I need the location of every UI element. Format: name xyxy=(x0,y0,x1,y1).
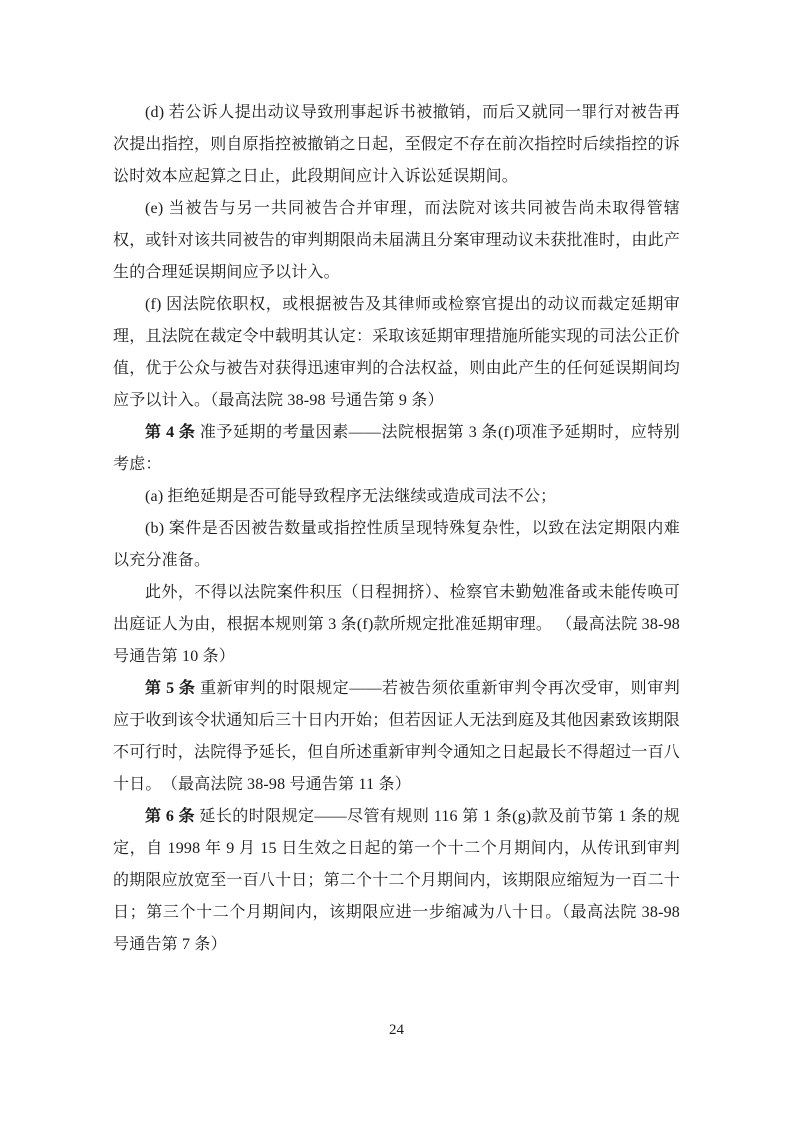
page-number: 24 xyxy=(0,1020,793,1040)
paragraph-additional-rule: 此外，不得以法院案件积压（日程拥挤）、检察官未勤勉准备或未能传唤可出庭证人为由，… xyxy=(113,577,680,673)
document-body: (d) 若公诉人提出动议导致刑事起诉书被撤销，而后又就同一罪行对被告再次提出指控… xyxy=(113,97,680,961)
document-page: (d) 若公诉人提出动议导致刑事起诉书被撤销，而后又就同一罪行对被告再次提出指控… xyxy=(0,0,793,1122)
paragraph-text: (e) 当被告与另一共同被告合并审理，而法院对该共同被告尚未取得管辖权，或针对该… xyxy=(113,200,680,281)
paragraph-item-a: (a) 拒绝延期是否可能导致程序无法继续或造成司法不公； xyxy=(113,481,680,513)
article-label: 第 5 条 xyxy=(145,680,200,697)
paragraph-item-f: (f) 因法院依职权，或根据被告及其律师或检察官提出的动议而裁定延期审理，且法院… xyxy=(113,289,680,417)
article-label: 第 6 条 xyxy=(145,808,199,825)
paragraph-text: (f) 因法院依职权，或根据被告及其律师或检察官提出的动议而裁定延期审理，且法院… xyxy=(113,296,680,409)
paragraph-text: 延长的时限规定——尽管有规则 116 第 1 条(g)款及前节第 1 条的规定，… xyxy=(113,808,680,953)
paragraph-item-e: (e) 当被告与另一共同被告合并审理，而法院对该共同被告尚未取得管辖权，或针对该… xyxy=(113,193,680,289)
paragraph-text: (b) 案件是否因被告数量或指控性质呈现特殊复杂性，以致在法定期限内难以充分准备… xyxy=(113,520,680,569)
paragraph-article-6: 第 6 条 延长的时限规定——尽管有规则 116 第 1 条(g)款及前节第 1… xyxy=(113,801,680,961)
article-label: 第 4 条 xyxy=(145,424,200,441)
paragraph-text: (a) 拒绝延期是否可能导致程序无法继续或造成司法不公； xyxy=(145,488,556,505)
paragraph-text: (d) 若公诉人提出动议导致刑事起诉书被撤销，而后又就同一罪行对被告再次提出指控… xyxy=(113,104,680,185)
paragraph-article-5: 第 5 条 重新审判的时限规定——若被告须依重新审判令再次受审，则审判应于收到该… xyxy=(113,673,680,801)
paragraph-text: 此外，不得以法院案件积压（日程拥挤）、检察官未勤勉准备或未能传唤可出庭证人为由，… xyxy=(113,584,680,665)
paragraph-item-d: (d) 若公诉人提出动议导致刑事起诉书被撤销，而后又就同一罪行对被告再次提出指控… xyxy=(113,97,680,193)
paragraph-article-4: 第 4 条 准予延期的考量因素——法院根据第 3 条(f)项准予延期时，应特别考… xyxy=(113,417,680,481)
paragraph-item-b: (b) 案件是否因被告数量或指控性质呈现特殊复杂性，以致在法定期限内难以充分准备… xyxy=(113,513,680,577)
